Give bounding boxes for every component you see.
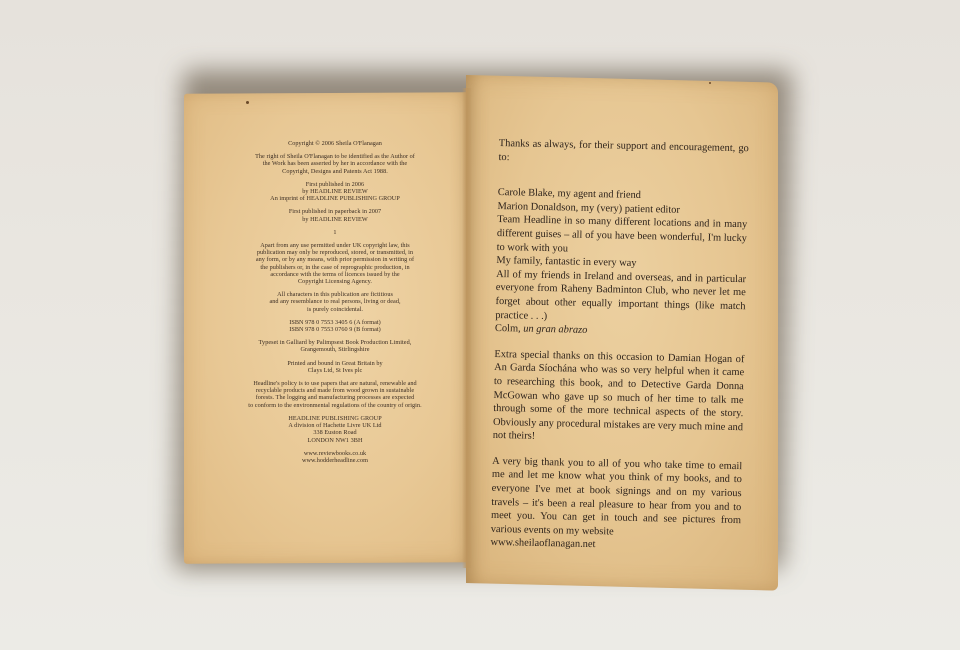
reader-thanks-paragraph: A very big thank you to all of you who t… bbox=[491, 455, 743, 542]
acknowledgements-text: Thanks as always, for their support and … bbox=[490, 137, 749, 555]
paperback-block: First published in paperback in 2007 by … bbox=[222, 208, 448, 222]
book-gutter bbox=[462, 88, 472, 568]
copyright-line: Copyright © 2006 Sheila O'Flanagan bbox=[222, 140, 448, 147]
address-block: HEADLINE PUBLISHING GROUP A division of … bbox=[222, 415, 448, 444]
isbn-block: ISBN 978 0 7553 3405 6 (A format) ISBN 9… bbox=[222, 319, 448, 333]
typeset-block: Typeset in Galliard by Palimpsest Book P… bbox=[222, 339, 448, 353]
fiction-notice-block: All characters in this publication are f… bbox=[222, 291, 448, 313]
number-line: 1 bbox=[222, 229, 448, 236]
thanks-item: All of my friends in Ireland and oversea… bbox=[495, 268, 746, 328]
first-published-block: First published in 2006 by HEADLINE REVI… bbox=[222, 181, 448, 203]
thanks-item: Team Headline in so many different locat… bbox=[497, 213, 748, 259]
copyright-page-text: Copyright © 2006 Sheila O'Flanagan The r… bbox=[222, 140, 448, 470]
websites-block: www.reviewbooks.co.uk www.hodderheadline… bbox=[222, 450, 448, 464]
paper-speck bbox=[246, 101, 249, 104]
policy-block: Headline's policy is to use papers that … bbox=[222, 380, 448, 409]
open-book: Copyright © 2006 Sheila O'Flanagan The r… bbox=[0, 0, 960, 650]
printed-block: Printed and bound in Great Britain by Cl… bbox=[222, 360, 448, 374]
moral-right-block: The right of Sheila O'Flanagan to be ide… bbox=[222, 153, 448, 175]
rights-block: Apart from any use permitted under UK co… bbox=[222, 242, 448, 285]
paper-speck bbox=[709, 82, 711, 84]
special-thanks-paragraph: Extra special thanks on this occasion to… bbox=[493, 348, 745, 448]
